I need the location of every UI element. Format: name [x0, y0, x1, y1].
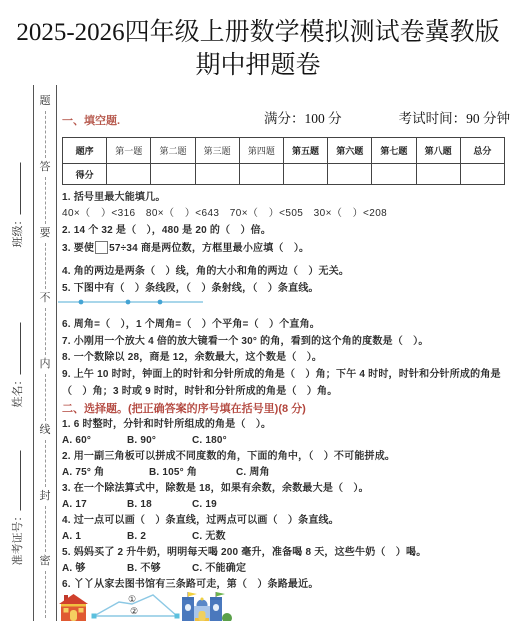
- seal-dotted-divider: [45, 374, 46, 421]
- seal-dotted-divider: [45, 440, 46, 487]
- choice-q1-options: A. 60° B. 90° C. 180°: [62, 433, 510, 449]
- exam-no-field: 准考证号：: [9, 451, 25, 566]
- route-end-point: [175, 614, 180, 619]
- fill-q3-suffix: 57÷34 商是两位数，方框里最小应填（ ）。: [109, 243, 309, 254]
- seal-char: 答: [40, 161, 51, 174]
- option-b: B. 不够: [127, 561, 185, 577]
- line-segment-figure: [57, 296, 207, 308]
- choice-q4: 4. 过一点可以画（ ）条直线，过两点可以画（ ）条直线。: [62, 513, 510, 529]
- score-table-header-row: 题序 第一题 第二题 第三题 第四题 第五题 第六题 第七题 第八题 总分: [63, 138, 505, 164]
- score-table-cell: 题序: [63, 138, 107, 164]
- option-c: C. 不能确定: [192, 561, 250, 577]
- exam-paper-page: 2025-2026四年级上册数学模拟测试卷冀教版 期中押题卷 题 答 要 不 内…: [0, 0, 516, 621]
- name-label: 姓名：: [12, 375, 24, 408]
- paper-title-line1: 2025-2026四年级上册数学模拟测试卷冀教版: [0, 16, 516, 49]
- fill-q2: 2. 14 个 32 是（ ），480 是 20 的（ ）倍。: [62, 223, 510, 239]
- choice-q4-options: A. 1 B. 2 C. 无数: [62, 529, 510, 545]
- option-c: C. 周角: [236, 465, 294, 481]
- seal-dotted-divider: [45, 243, 46, 290]
- exam-no-label: 准考证号：: [12, 511, 24, 566]
- option-b: B. 90°: [127, 433, 185, 449]
- fill-q1-values: 40×（ ）<316 80×（ ）<643 70×（ ）<505 30×（ ）<…: [62, 206, 510, 222]
- choice-q2-options: A. 75° 角 B. 105° 角 C. 周角: [62, 465, 510, 481]
- fill-q8: 8. 一个数除以 28，商是 12，余数最大，这个数是（ ）。: [62, 350, 510, 366]
- seal-char: 要: [40, 227, 51, 240]
- name-blank-line: [18, 323, 21, 375]
- class-label: 班级：: [12, 215, 24, 248]
- figure-point: [79, 300, 84, 305]
- library-castle-icon: [182, 592, 232, 621]
- class-blank-line: [18, 163, 21, 215]
- score-empty-cell: [372, 164, 416, 185]
- seal-char: 不: [40, 292, 51, 305]
- routes: ① ②: [92, 594, 180, 619]
- routes-map-figure: ① ②: [57, 592, 237, 621]
- score-table-cell: 第五题: [283, 138, 327, 164]
- option-b: B. 105° 角: [149, 465, 229, 481]
- name-field: 姓名：: [9, 323, 25, 408]
- route-start-point: [92, 614, 97, 619]
- figure-point: [126, 300, 131, 305]
- choice-q5: 5. 妈妈买了 2 升牛奶，明明每天喝 200 毫升，准备喝 8 天，这些牛奶（…: [62, 545, 510, 561]
- option-a: A. 60°: [62, 433, 120, 449]
- score-table-cell: 第六题: [328, 138, 372, 164]
- option-a: A. 够: [62, 561, 120, 577]
- seal-char: 内: [40, 358, 51, 371]
- score-table: 题序 第一题 第二题 第三题 第四题 第五题 第六题 第七题 第八题 总分 得分: [62, 137, 505, 185]
- score-table-cell: 总分: [460, 138, 504, 164]
- section1-heading: 一、填空题.: [62, 112, 120, 128]
- option-a: A. 1: [62, 529, 120, 545]
- seal-dotted-divider: [45, 571, 46, 618]
- score-empty-cell: [460, 164, 504, 185]
- choice-q2: 2. 用一副三角板可以拼成不同度数的角，下面的角中，（ ）不可能拼成。: [62, 449, 510, 465]
- option-b: B. 2: [127, 529, 185, 545]
- score-table-cell: 第八题: [416, 138, 460, 164]
- fill-q3-empty-box: [95, 241, 108, 254]
- house-icon: [59, 594, 88, 621]
- seal-dotted-divider: [45, 111, 46, 158]
- score-table-cell: 第二题: [151, 138, 195, 164]
- section2-heading: 二、选择题。(把正确答案的序号填在括号里)(8 分): [62, 400, 306, 416]
- fill-q1: 1. 括号里最大能填几。: [62, 190, 510, 206]
- option-c: C. 19: [192, 497, 250, 513]
- fill-q3-prefix: 3. 要使: [62, 243, 94, 254]
- full-score-label: 满分：100 分: [264, 107, 342, 127]
- score-empty-cell: [416, 164, 460, 185]
- exam-duration-label: 考试时间：90 分钟: [399, 107, 510, 127]
- option-b: B. 18: [127, 497, 185, 513]
- seal-char: 题: [40, 95, 51, 108]
- score-empty-cell: [283, 164, 327, 185]
- fill-q7: 7. 小刚用一个放大 4 倍的放大镜看一个 30° 的角，看到的这个角的度数是（…: [62, 334, 510, 350]
- score-table-cell: 第一题: [107, 138, 151, 164]
- exam-no-blank-line: [18, 451, 21, 511]
- score-empty-cell: [195, 164, 239, 185]
- figure-point: [158, 300, 163, 305]
- seal-dotted-divider: [45, 506, 46, 553]
- option-a: A. 75° 角: [62, 465, 142, 481]
- paper-title: 2025-2026四年级上册数学模拟测试卷冀教版 期中押题卷: [0, 16, 516, 82]
- class-field: 班级：: [9, 163, 25, 248]
- choice-q1: 1. 6 时整时，分针和时针所组成的角是（ ）。: [62, 417, 510, 433]
- option-c: C. 180°: [192, 433, 250, 449]
- score-empty-cell: [151, 164, 195, 185]
- seal-line-column: 题 答 要 不 内 线 封 密: [33, 85, 57, 621]
- exam-info: 满分：100 分 考试时间：90 分钟: [264, 107, 510, 127]
- score-label-cell: 得分: [63, 164, 107, 185]
- paper-title-line2: 期中押题卷: [0, 49, 516, 82]
- route-1-label: ①: [128, 594, 136, 604]
- seal-dotted-divider: [45, 308, 46, 355]
- option-a: A. 17: [62, 497, 120, 513]
- seal-dotted-divider: [45, 177, 46, 224]
- seal-char: 密: [40, 555, 51, 568]
- choice-q3-options: A. 17 B. 18 C. 19: [62, 497, 510, 513]
- score-table-cell: 第三题: [195, 138, 239, 164]
- score-empty-cell: [107, 164, 151, 185]
- score-empty-cell: [239, 164, 283, 185]
- option-c: C. 无数: [192, 529, 250, 545]
- fill-q9: 9. 上午 10 时时，钟面上的时针和分针所成的角是（ ）角；下午 4 时时，时…: [62, 366, 510, 400]
- fill-q6: 6. 周角=（ ），1 个周角=（ ）个平角=（ ）个直角。: [62, 317, 510, 333]
- score-table-cell: 第七题: [372, 138, 416, 164]
- choice-q3: 3. 在一个除法算式中，除数是 18，如果有余数，余数最大是（ ）。: [62, 481, 510, 497]
- choice-q5-options: A. 够 B. 不够 C. 不能确定: [62, 561, 510, 577]
- seal-char: 封: [40, 490, 51, 503]
- score-empty-cell: [328, 164, 372, 185]
- route-2-label: ②: [130, 606, 138, 616]
- score-table-cell: 第四题: [239, 138, 283, 164]
- fill-q3: 3. 要使57÷34 商是两位数，方框里最小应填（ ）。: [62, 241, 510, 257]
- choice-q6: 6. 丫丫从家去图书馆有三条路可走，第（ ）条路最近。: [62, 577, 510, 593]
- score-table-score-row: 得分: [63, 164, 505, 185]
- fill-q4: 4. 角的两边是两条（ ）线，角的大小和角的两边（ ）无关。: [62, 264, 510, 280]
- seal-char: 线: [40, 424, 51, 437]
- fill-q5: 5. 下图中有（ ）条线段，（ ）条射线，（ ）条直线。: [62, 281, 510, 297]
